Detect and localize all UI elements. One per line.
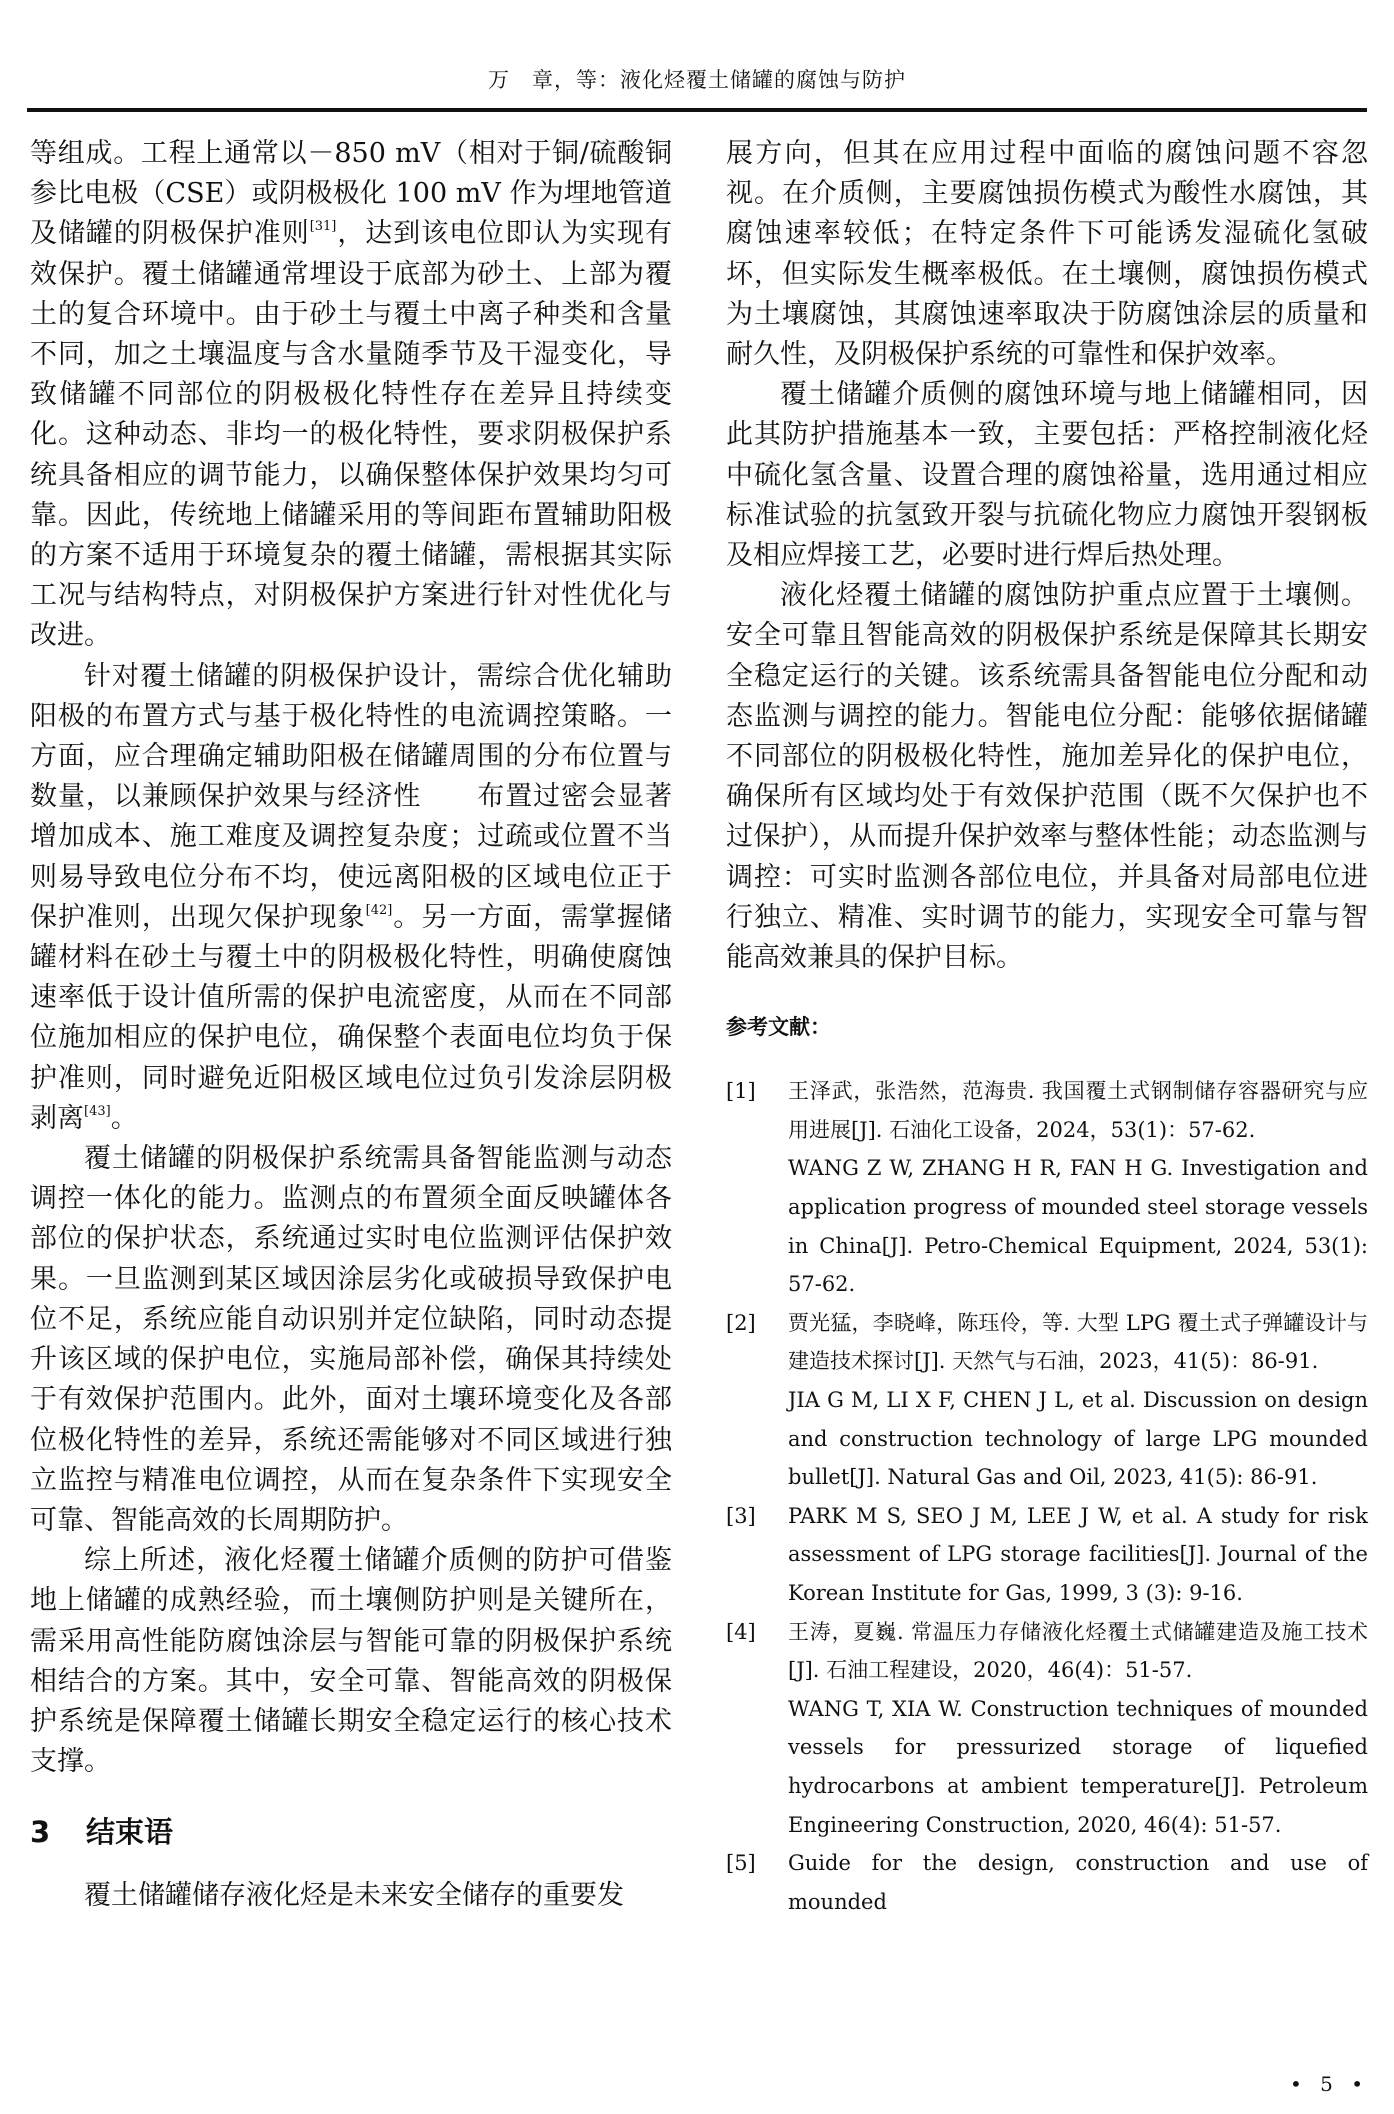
reference-cn: 贾光猛，李晓峰，陈珏伶，等. 大型 LPG 覆土式子弹罐设计与建造技术探讨[J]… xyxy=(788,1304,1368,1381)
section-title: 结束语 xyxy=(86,1815,173,1849)
reference-number: [5] xyxy=(726,1844,756,1883)
reference-number: [4] xyxy=(726,1613,756,1652)
paragraph: 等组成。工程上通常以－850 mV（相对于铜/硫酸铜参比电极（CSE）或阴极极化… xyxy=(30,134,672,657)
paragraph: 综上所述，液化烃覆土储罐介质侧的防护可借鉴地上储罐的成熟经验，而土壤侧防护则是关… xyxy=(30,1541,672,1782)
paragraph-text: 针对覆土储罐的阴极保护设计，需综合优化辅助阳极的布置方式与基于极化特性的电流调控… xyxy=(30,661,672,933)
reference-item: [5] Guide for the design, construction a… xyxy=(726,1844,1368,1921)
citation[interactable]: [43] xyxy=(84,1104,111,1119)
section-number: 3 xyxy=(30,1812,86,1852)
reference-en: PARK M S, SEO J M, LEE J W, et al. A stu… xyxy=(788,1497,1368,1613)
paragraph-text: ，达到该电位即认为实现有效保护。覆土储罐通常埋设于底部为砂土、上部为覆土的复合环… xyxy=(30,218,672,651)
page-number: • 5 • xyxy=(1290,2072,1369,2096)
paragraph: 覆土储罐储存液化烃是未来安全储存的重要发 xyxy=(30,1876,672,1916)
paragraph-text: 。 xyxy=(111,1103,138,1134)
reference-en: JIA G M, LI X F, CHEN J L, et al. Discus… xyxy=(788,1381,1368,1497)
right-column: 展方向，但其在应用过程中面临的腐蚀问题不容忽视。在介质侧，主要腐蚀损伤模式为酸性… xyxy=(726,134,1368,1921)
left-column: 等组成。工程上通常以－850 mV（相对于铜/硫酸铜参比电极（CSE）或阴极极化… xyxy=(30,134,672,1917)
paragraph-text: 。另一方面，需掌握储罐材料在砂土与覆土中的阴极极化特性，明确使腐蚀速率低于设计值… xyxy=(30,902,672,1134)
paragraph: 覆土储罐介质侧的腐蚀环境与地上储罐相同，因此其防护措施基本一致，主要包括：严格控… xyxy=(726,375,1368,576)
reference-item: [2] 贾光猛，李晓峰，陈珏伶，等. 大型 LPG 覆土式子弹罐设计与建造技术探… xyxy=(726,1304,1368,1497)
header-rule xyxy=(27,108,1367,112)
paragraph: 针对覆土储罐的阴极保护设计，需综合优化辅助阳极的布置方式与基于极化特性的电流调控… xyxy=(30,657,672,1139)
reference-number: [3] xyxy=(726,1497,756,1536)
reference-item: [1] 王泽武，张浩然，范海贵. 我国覆土式钢制储存容器研究与应用进展[J]. … xyxy=(726,1072,1368,1304)
running-header: 万 章，等：液化烃覆土储罐的腐蚀与防护 xyxy=(0,64,1394,94)
citation[interactable]: [42] xyxy=(366,903,393,918)
reference-en: WANG T, XIA W. Construction techniques o… xyxy=(788,1690,1368,1844)
references-title: 参考文献： xyxy=(726,1012,1368,1042)
reference-item: [3] PARK M S, SEO J M, LEE J W, et al. A… xyxy=(726,1497,1368,1613)
section-heading: 3结束语 xyxy=(30,1812,672,1852)
reference-number: [2] xyxy=(726,1304,756,1343)
reference-item: [4] 王涛，夏巍. 常温压力存储液化烃覆土式储罐建造及施工技术[J]. 石油工… xyxy=(726,1613,1368,1845)
citation[interactable]: [31] xyxy=(310,219,337,234)
paragraph: 覆土储罐的阴极保护系统需具备智能监测与动态调控一体化的能力。监测点的布置须全面反… xyxy=(30,1139,672,1541)
reference-en: Guide for the design, construction and u… xyxy=(788,1844,1368,1921)
paragraph: 展方向，但其在应用过程中面临的腐蚀问题不容忽视。在介质侧，主要腐蚀损伤模式为酸性… xyxy=(726,134,1368,375)
reference-cn: 王泽武，张浩然，范海贵. 我国覆土式钢制储存容器研究与应用进展[J]. 石油化工… xyxy=(788,1072,1368,1149)
reference-number: [1] xyxy=(726,1072,756,1111)
reference-cn: 王涛，夏巍. 常温压力存储液化烃覆土式储罐建造及施工技术[J]. 石油工程建设，… xyxy=(788,1613,1368,1690)
reference-en: WANG Z W, ZHANG H R, FAN H G. Investigat… xyxy=(788,1149,1368,1303)
paragraph: 液化烃覆土储罐的腐蚀防护重点应置于土壤侧。安全可靠且智能高效的阴极保护系统是保障… xyxy=(726,576,1368,978)
